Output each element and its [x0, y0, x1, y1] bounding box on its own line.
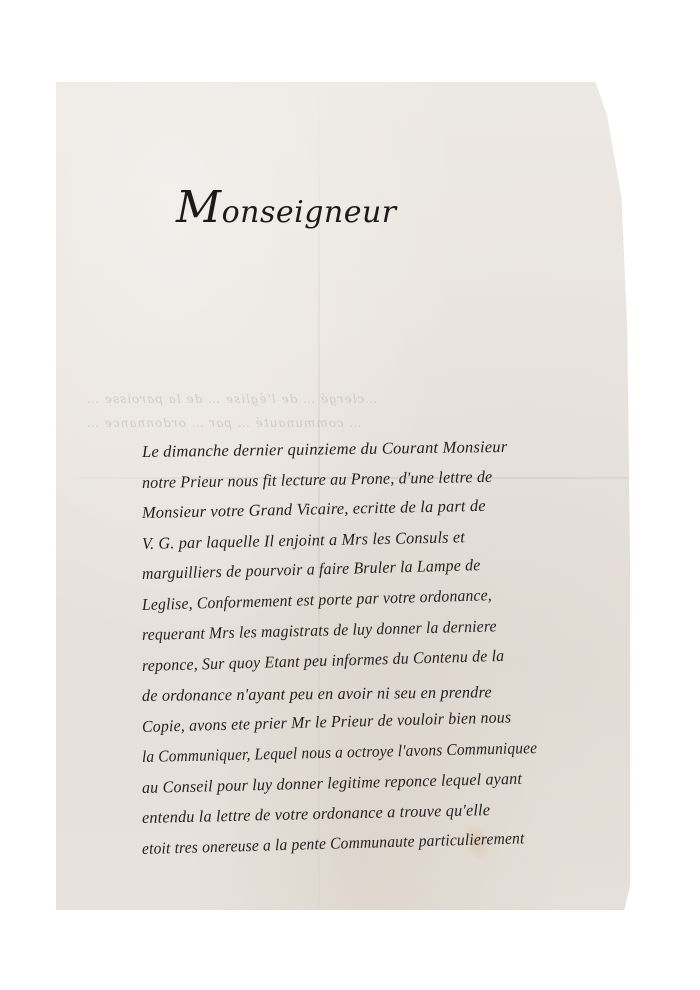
document-scan: …clergé … de l'église … de la paroisse …… — [0, 0, 700, 990]
paper-sheet: …clergé … de l'église … de la paroisse …… — [56, 82, 636, 910]
salutation-initial: M — [176, 182, 222, 233]
salutation-rest: onseigneur — [222, 195, 397, 230]
bleed-through-text: …clergé … de l'église … de la paroisse … — [86, 392, 377, 406]
bleed-through-text: … communauté … par … ordonnance … — [86, 416, 361, 430]
salutation: Monseigneur — [176, 182, 397, 233]
letter-body: Le dimanche dernier quinzieme du Courant… — [142, 437, 632, 864]
